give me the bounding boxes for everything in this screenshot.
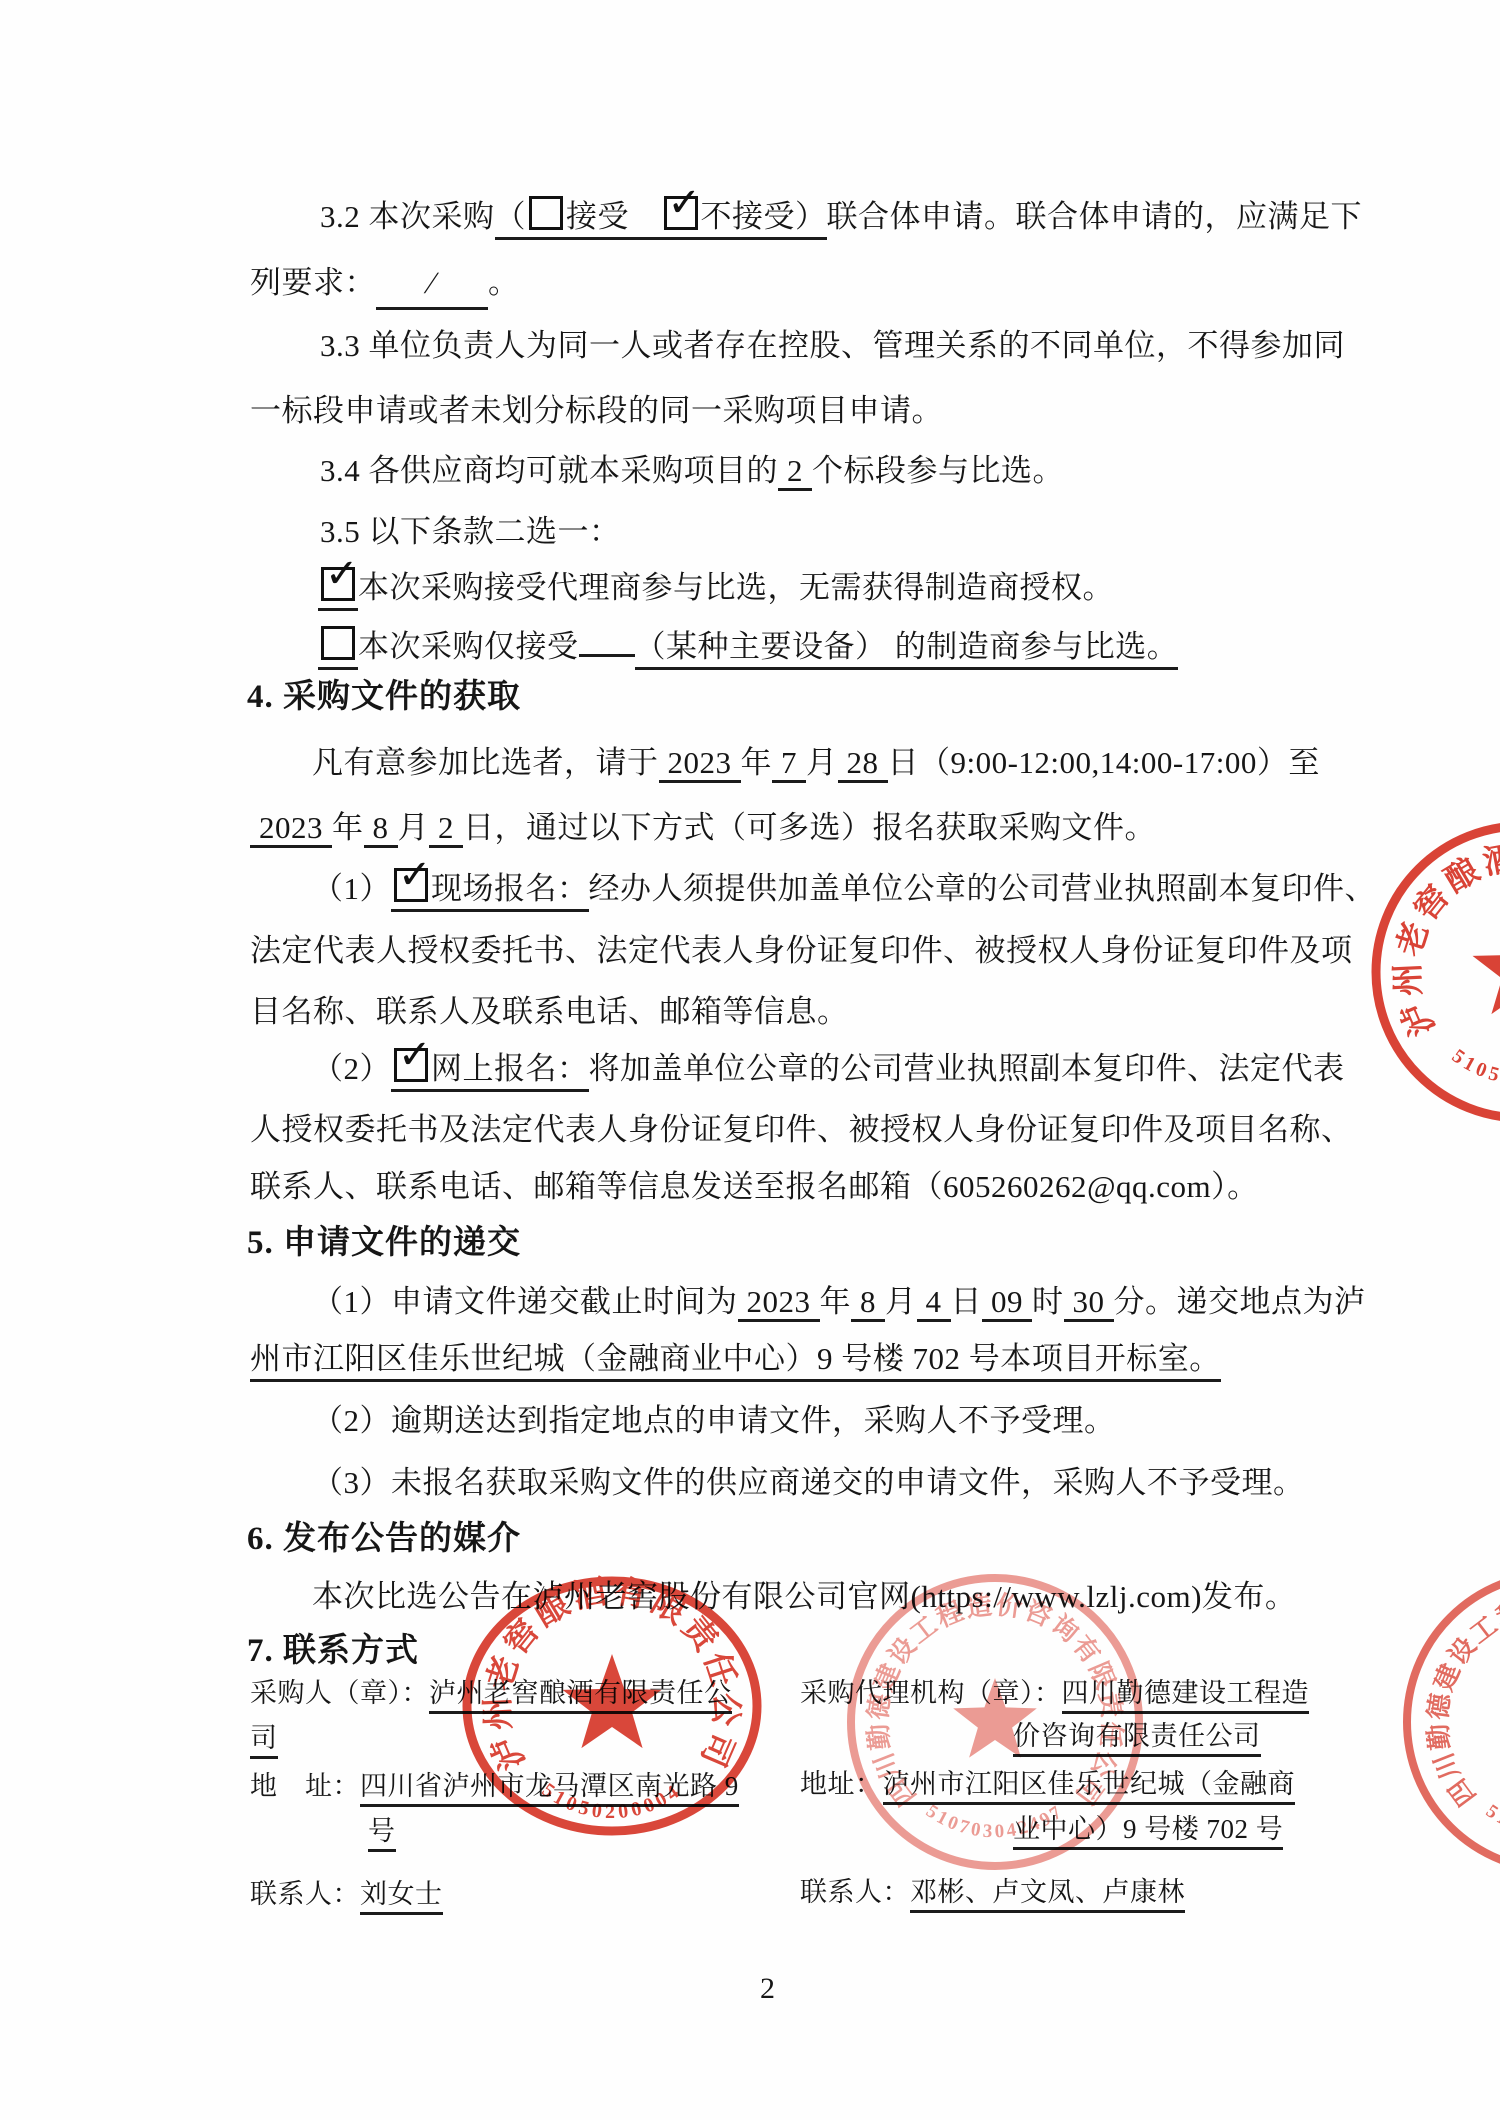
- purchaser-contact-label: 联系人：: [250, 1879, 360, 1909]
- deadline-day: 4: [917, 1284, 951, 1322]
- blank-fill-underline: /: [376, 262, 488, 310]
- online-signup-label: 网上报名：: [431, 1051, 589, 1086]
- agency-contact-names: 邓彬、卢文凤、卢康林: [910, 1877, 1185, 1913]
- section-4-para-1b: 2023年8月2日，通过以下方式（可多选）报名获取采购文件。: [250, 807, 1156, 849]
- start-month: 7: [772, 745, 806, 783]
- clause-3-2-line-2: 列要求：/。: [250, 262, 520, 310]
- end-month: 8: [364, 810, 398, 848]
- stamp-ring: [1376, 826, 1500, 1118]
- agency-address-label: 地址：: [800, 1769, 883, 1799]
- agency-edge-stamp: 四川勤德建设工程造价咨询有限责任公司 510703042497: [1395, 1562, 1500, 1882]
- purchaser-address-row: 地 址：四川省泸州市龙马潭区南光路 9: [250, 1765, 739, 1807]
- start-day: 28: [838, 745, 888, 783]
- section-7-heading: 7. 联系方式: [247, 1630, 419, 1672]
- deadline-year: 2023: [738, 1284, 820, 1322]
- online-signup-line-3: 联系人、联系电话、邮箱等信息发送至报名邮箱（605260262@qq.com）。: [250, 1166, 1259, 1208]
- purchaser-contact-name: 刘女士: [360, 1879, 443, 1915]
- stamp-ring: [1407, 1574, 1500, 1870]
- agency-address-part2: 业中心）9 号楼 702 号: [1013, 1814, 1283, 1850]
- check-icon: ✓: [398, 855, 432, 895]
- purchaser-row: 采购人（章）：泸州老窖酿酒有限责任公: [250, 1672, 732, 1714]
- onsite-signup-line-1: （1）✓现场报名：经办人须提供加盖单位公章的公司营业执照副本复印件、: [312, 868, 1376, 910]
- section-4-para-1a: 凡有意参加比选者，请于2023年7月28日（9:00-12:00,14:00-1…: [312, 742, 1320, 784]
- announcement-media-text: 本次比选公告在泸州老窖股份有限公司官网(https://www.lzlj.com…: [312, 1576, 1296, 1618]
- svg-text:四川勤德建设工程造价咨询有限责任公司: 四川勤德建设工程造价咨询有限责任公司: [1423, 1590, 1500, 1811]
- clause-3-4: 3.4 各供应商均可就本采购项目的2个标段参与比选。: [320, 450, 1064, 492]
- end-day: 2: [429, 810, 463, 848]
- checkbox-not-accept-checked-icon: ✓: [664, 196, 698, 230]
- paren-open: （: [495, 199, 527, 234]
- clause-3-2-prefix: 3.2 本次采购: [320, 199, 495, 234]
- purchaser-edge-stamp: 泸州老窖酿酒有限责任公司 51050200004: [1362, 812, 1500, 1132]
- not-accept-label: 不接受）: [701, 199, 827, 234]
- clause-3-2-suffix: 联合体申请。联合体申请的，应满足下: [827, 199, 1363, 234]
- checkbox-onsite-checked-icon: ✓: [394, 868, 428, 902]
- check-icon: ✓: [398, 1035, 432, 1075]
- slash-mark: /: [421, 262, 444, 304]
- purchaser-address-label: 地 址：: [250, 1771, 360, 1801]
- agency-row: 采购代理机构（章）：四川勤德建设工程造: [800, 1672, 1309, 1714]
- purchaser-address-wrap: 号: [368, 1810, 396, 1852]
- check-icon: ✓: [325, 554, 359, 594]
- deadline-minute: 30: [1064, 1284, 1114, 1322]
- agency-name-wrap: 价咨询有限责任公司: [1013, 1715, 1261, 1757]
- check-icon: ✓: [668, 183, 702, 223]
- agency-name-part2: 价咨询有限责任公司: [1013, 1721, 1261, 1757]
- section-4-heading: 4. 采购文件的获取: [247, 676, 521, 718]
- svg-text:泸州老窖酿酒有限责任公司: 泸州老窖酿酒有限责任公司: [1390, 839, 1500, 1042]
- stamp-company-text: 泸州老窖酿酒有限责任公司: [1390, 839, 1500, 1042]
- page-number: 2: [760, 1972, 775, 2006]
- agency-contact-row: 联系人：邓彬、卢文凤、卢康林: [800, 1871, 1185, 1913]
- agency-address-wrap: 业中心）9 号楼 702 号: [1013, 1808, 1283, 1850]
- clause-3-5-option-1: ✓本次采购接受代理商参与比选，无需获得制造商授权。: [318, 567, 1114, 609]
- checkbox-accept-unchecked-icon: [529, 196, 563, 230]
- agency-address-part1: 泸州市江阳区佳乐世纪城（金融商: [883, 1769, 1296, 1805]
- purchaser-address-part1: 四川省泸州市龙马潭区南光路 9: [360, 1771, 739, 1807]
- online-signup-line-2: 人授权委托书及法定代表人身份证复印件、被授权人身份证复印件及项目名称、: [250, 1109, 1353, 1151]
- purchaser-name-wrap: 司: [250, 1717, 278, 1759]
- stamp-company-text: 四川勤德建设工程造价咨询有限责任公司: [1423, 1590, 1500, 1811]
- onsite-signup-label: 现场报名：: [431, 871, 589, 906]
- unregistered-note: （3）未报名获取采购文件的供应商递交的申请文件，采购人不予受理。: [312, 1462, 1305, 1504]
- star-icon: [1473, 920, 1500, 1014]
- deadline-line-1: （1）申请文件递交截止时间为2023年8月4日09时30分。递交地点为泸: [312, 1281, 1366, 1323]
- accept-label: 接受: [566, 199, 661, 234]
- deadline-hour: 09: [982, 1284, 1032, 1322]
- clause-3-3-line-2: 一标段申请或者未划分标段的同一采购项目申请。: [250, 390, 943, 432]
- svg-text:51050200004: 51050200004: [1448, 1045, 1500, 1089]
- deadline-month: 8: [851, 1284, 885, 1322]
- checkbox-online-checked-icon: ✓: [394, 1048, 428, 1082]
- online-signup-line-1: （2）✓网上报名：将加盖单位公章的公司营业执照副本复印件、法定代表: [312, 1048, 1345, 1090]
- stamp-serial-text: 510703042497: [1482, 1801, 1500, 1843]
- start-year: 2023: [659, 745, 741, 783]
- clause-3-5-option-2: 本次采购仅接受（某种主要设备） 的制造商参与比选。: [318, 626, 1178, 668]
- deadline-line-2: 州市江阳区佳乐世纪城（金融商业中心）9 号楼 702 号本项目开标室。: [250, 1338, 1221, 1380]
- agency-label: 采购代理机构（章）：: [800, 1678, 1062, 1708]
- onsite-signup-line-2: 法定代表人授权委托书、法定代表人身份证复印件、被授权人身份证复印件及项: [250, 930, 1353, 972]
- section-6-heading: 6. 发布公告的媒介: [247, 1518, 521, 1560]
- section-5-heading: 5. 申请文件的递交: [247, 1222, 521, 1264]
- purchaser-contact-row: 联系人：刘女士: [250, 1873, 443, 1915]
- clause-3-2-line-1: 3.2 本次采购（接受 ✓不接受）联合体申请。联合体申请的，应满足下: [320, 196, 1362, 238]
- purchaser-name-part2: 司: [250, 1723, 278, 1759]
- submission-address: 州市江阳区佳乐世纪城（金融商业中心）9 号楼 702 号本项目开标室。: [250, 1341, 1221, 1382]
- late-submission-note: （2）逾期送达到指定地点的申请文件，采购人不予受理。: [312, 1400, 1116, 1442]
- document-page: 3.2 本次采购（接受 ✓不接受）联合体申请。联合体申请的，应满足下 列要求：/…: [0, 0, 1500, 2120]
- onsite-signup-line-3: 目名称、联系人及联系电话、邮箱等信息。: [250, 991, 849, 1033]
- purchaser-name-part1: 泸州老窖酿酒有限责任公: [429, 1678, 732, 1714]
- clause-3-3-line-1: 3.3 单位负责人为同一人或者存在控股、管理关系的不同单位，不得参加同: [320, 325, 1345, 367]
- purchaser-address-part2: 号: [368, 1816, 396, 1852]
- svg-text:510703042497: 510703042497: [1482, 1801, 1500, 1843]
- requirements-label: 列要求：: [250, 265, 376, 300]
- checkbox-option2-unchecked-icon: [321, 626, 355, 660]
- clause-3-5-title: 3.5 以下条款二选一：: [320, 511, 621, 553]
- agency-contact-label: 联系人：: [800, 1877, 910, 1907]
- blank-fill-underline: [579, 651, 635, 657]
- end-year: 2023: [250, 810, 332, 848]
- purchaser-label: 采购人（章）：: [250, 1678, 429, 1708]
- lot-count-value: 2: [778, 453, 812, 491]
- agency-name-part1: 四川勤德建设工程造: [1062, 1678, 1310, 1714]
- stamp-serial-text: 51050200004: [1448, 1045, 1500, 1089]
- checkbox-option1-checked-icon: ✓: [321, 567, 355, 601]
- agency-address-row: 地址：泸州市江阳区佳乐世纪城（金融商: [800, 1763, 1295, 1805]
- period: 。: [488, 265, 520, 300]
